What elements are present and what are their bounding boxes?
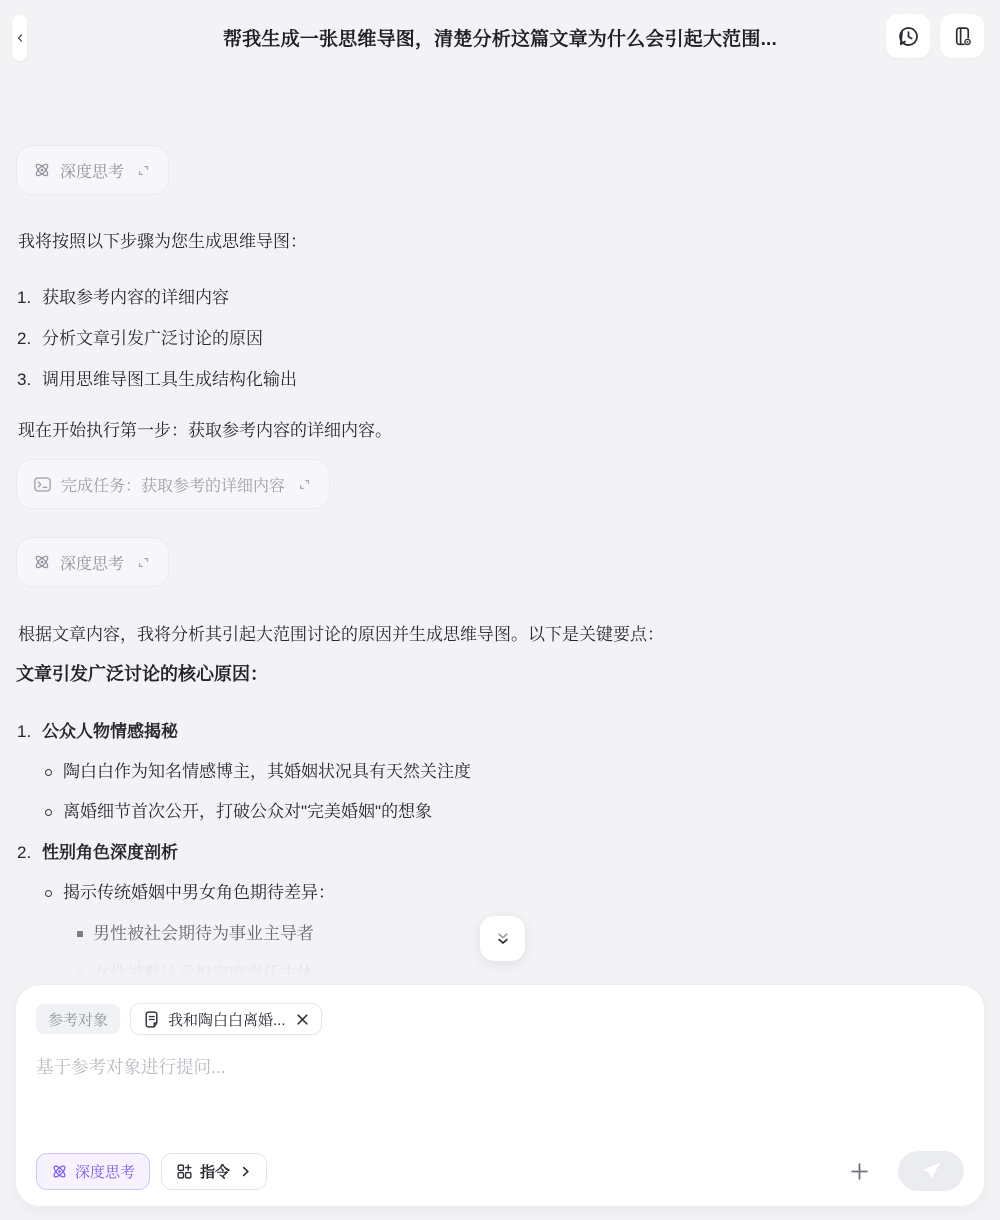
conversation-title: 帮我生成一张思维导图，清楚分析这篇文章为什么会引起大范围... <box>120 24 880 51</box>
sub-text: 陶白白作为知名情感博主，其婚姻状况具有天然关注度 <box>63 760 471 784</box>
deep-think-collapsed-chip-2[interactable]: 深度思考 <box>16 537 169 587</box>
list-item: 3. 调用思维导图工具生成结构化输出 <box>16 368 984 392</box>
double-chevron-down-icon <box>493 929 513 949</box>
chevron-right-icon <box>239 1165 252 1178</box>
steps-list: 1. 获取参考内容的详细内容 2. 分析文章引发广泛讨论的原因 3. 调用思维导… <box>16 286 984 392</box>
subsub-text: 女性被默认承担家庭责任主体 <box>93 962 314 986</box>
list-text: 分析文章引发广泛讨论的原因 <box>42 327 263 351</box>
reference-row: 参考对象 我和陶白白离婚... <box>36 1003 964 1035</box>
composer-panel: 参考对象 我和陶白白离婚... 深度思考 <box>16 985 984 1206</box>
subsub-item: 女性被默认承担家庭责任主体 <box>77 962 984 986</box>
expand-icon <box>298 478 311 491</box>
point-title: 性别角色深度剖析 <box>42 841 178 865</box>
bullet-circle-icon <box>45 881 63 905</box>
point-title: 公众人物情感揭秘 <box>42 720 178 744</box>
subsub-text: 男性被社会期待为事业主导者 <box>93 922 314 946</box>
assistant-intro-paragraph: 我将按照以下步骤为您生成思维导图： <box>18 229 984 255</box>
subsub-item: 男性被社会期待为事业主导者 <box>77 922 984 946</box>
deep-think-chip-label: 深度思考 <box>60 159 124 182</box>
list-text: 调用思维导图工具生成结构化输出 <box>42 368 297 392</box>
expand-icon <box>137 556 150 569</box>
sub-item: 陶白白作为知名情感博主，其婚姻状况具有天然关注度 <box>45 760 984 784</box>
bullet-circle-icon <box>45 760 63 784</box>
atom-icon <box>51 1163 68 1180</box>
list-text: 获取参考内容的详细内容 <box>42 286 229 310</box>
point-item: 2. 性别角色深度剖析 <box>16 841 984 865</box>
notebook-gear-icon <box>951 25 974 48</box>
deep-think-toggle[interactable]: 深度思考 <box>36 1153 150 1190</box>
deep-think-toggle-label: 深度思考 <box>75 1161 135 1182</box>
chat-content: 深度思考 我将按照以下步骤为您生成思维导图： 1. 获取参考内容的详细内容 2.… <box>16 145 984 986</box>
atom-icon <box>33 161 51 179</box>
notes-button[interactable] <box>940 14 984 58</box>
history-clock-icon <box>897 25 920 48</box>
sub-item: 揭示传统婚姻中男女角色期待差异： <box>45 881 984 905</box>
sub-text: 离婚细节首次公开，打破公众对"完美婚姻"的想象 <box>63 800 432 824</box>
list-number: 3. <box>17 368 42 392</box>
sub-text: 揭示传统婚姻中男女角色期待差异： <box>63 881 335 905</box>
bullet-square-icon <box>77 922 93 946</box>
list-number: 1. <box>17 720 42 744</box>
list-item: 2. 分析文章引发广泛讨论的原因 <box>16 327 984 351</box>
bullet-square-icon <box>77 962 93 986</box>
list-item: 1. 获取参考内容的详细内容 <box>16 286 984 310</box>
task-collapsed-chip[interactable]: 完成任务：获取参考的详细内容 <box>16 459 330 509</box>
expand-icon <box>137 164 150 177</box>
send-button[interactable] <box>898 1151 964 1191</box>
command-grid-icon <box>176 1163 193 1180</box>
history-button[interactable] <box>886 14 930 58</box>
point-item: 1. 公众人物情感揭秘 <box>16 720 984 744</box>
toolbar-right <box>843 1151 964 1191</box>
header-actions <box>886 14 984 58</box>
command-menu-button[interactable]: 指令 <box>161 1153 267 1190</box>
reference-object-label: 参考对象 <box>36 1004 120 1034</box>
composer-toolbar: 深度思考 指令 <box>36 1151 964 1191</box>
header: 帮我生成一张思维导图，清楚分析这篇文章为什么会引起大范围... <box>0 0 1000 72</box>
command-menu-label: 指令 <box>200 1161 230 1182</box>
paper-plane-icon <box>919 1159 943 1183</box>
document-icon <box>142 1010 161 1029</box>
list-number: 2. <box>17 327 42 351</box>
deep-think-collapsed-chip[interactable]: 深度思考 <box>16 145 169 195</box>
sub-item: 离婚细节首次公开，打破公众对"完美婚姻"的想象 <box>45 800 984 824</box>
chevron-left-icon <box>16 34 24 42</box>
section-heading: 文章引发广泛讨论的核心原因： <box>16 660 984 688</box>
app-window: 帮我生成一张思维导图，清楚分析这篇文章为什么会引起大范围... 深度思考 <box>0 0 1000 1220</box>
remove-attachment-button[interactable] <box>295 1012 310 1027</box>
add-attachment-button[interactable] <box>843 1155 876 1188</box>
terminal-icon <box>33 475 52 494</box>
attachment-name: 我和陶白白离婚... <box>168 1009 286 1030</box>
step-start-paragraph: 现在开始执行第一步：获取参考内容的详细内容。 <box>18 418 984 444</box>
task-chip-label: 完成任务：获取参考的详细内容 <box>61 473 285 496</box>
bullet-circle-icon <box>45 800 63 824</box>
deep-think-chip-label: 深度思考 <box>60 551 124 574</box>
sidebar-collapse-handle[interactable] <box>12 15 27 61</box>
prompt-input[interactable] <box>36 1057 890 1078</box>
list-number: 1. <box>17 286 42 310</box>
atom-icon <box>33 553 51 571</box>
attachment-chip[interactable]: 我和陶白白离婚... <box>130 1003 322 1035</box>
list-number: 2. <box>17 841 42 865</box>
analysis-intro-paragraph: 根据文章内容，我将分析其引起大范围讨论的原因并生成思维导图。以下是关键要点： <box>18 622 984 648</box>
scroll-to-bottom-button[interactable] <box>480 916 525 961</box>
